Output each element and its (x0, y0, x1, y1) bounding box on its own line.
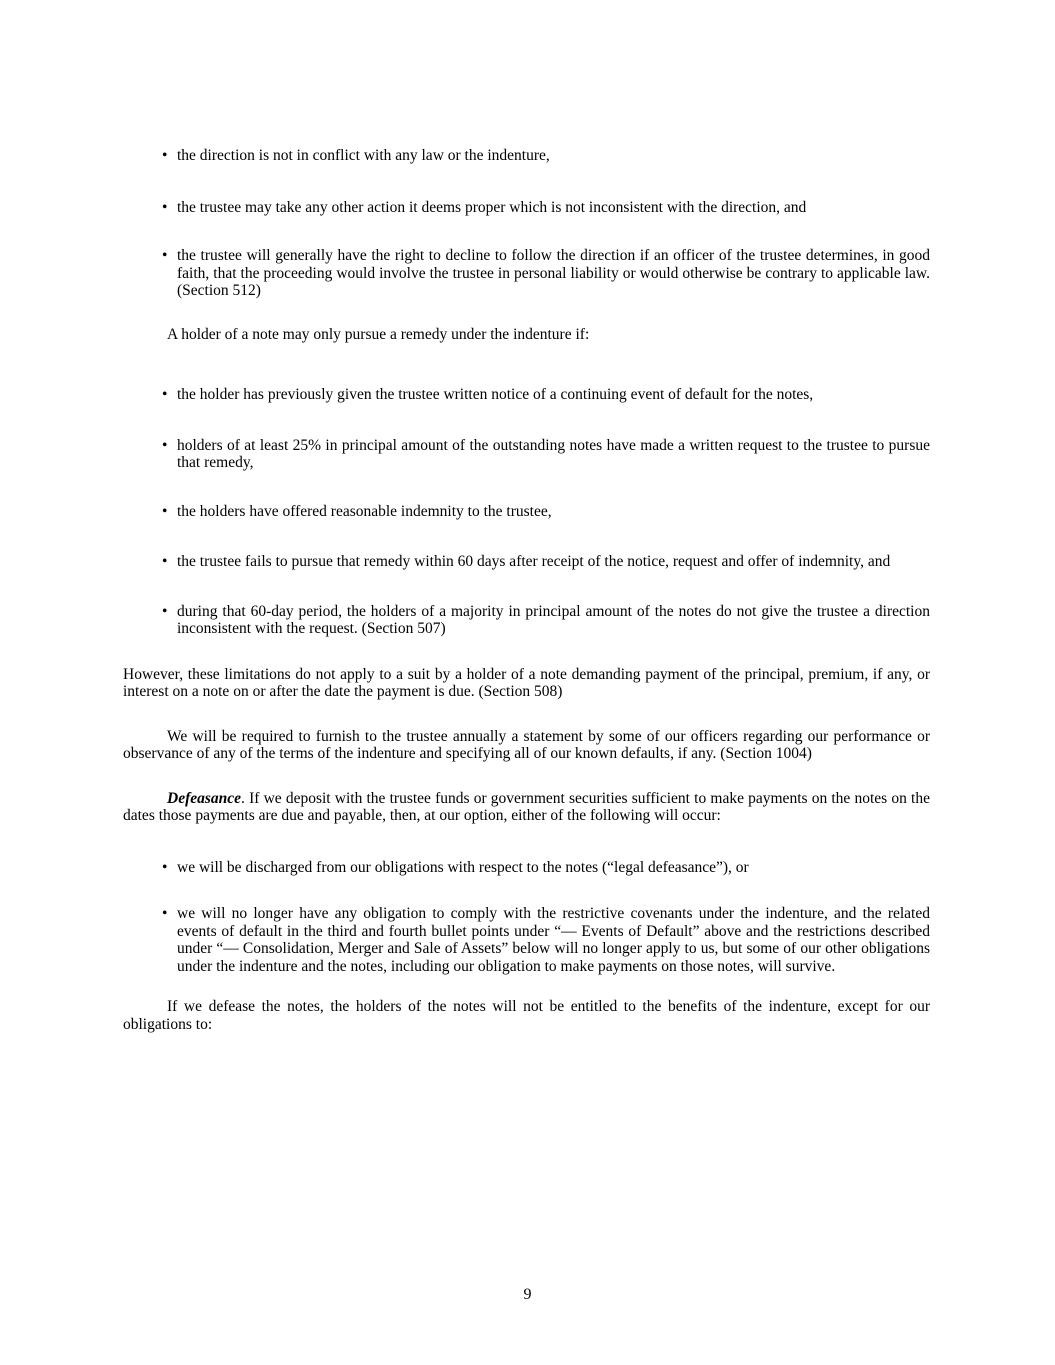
paragraph-defease-benefits: If we defease the notes, the holders of … (123, 998, 930, 1033)
bullet-icon: • (162, 503, 167, 521)
bullet-icon: • (162, 147, 167, 165)
bullet-text: holders of at least 25% in principal amo… (177, 437, 930, 472)
bullet-icon: • (162, 603, 167, 621)
defeasance-text: . If we deposit with the trustee funds o… (123, 790, 930, 825)
bullet-item: •the trustee fails to pursue that remedy… (123, 553, 930, 571)
bullet-text: the holders have offered reasonable inde… (177, 503, 552, 520)
defeasance-lead: Defeasance (167, 790, 241, 807)
paragraph-limitations: However, these limitations do not apply … (123, 666, 930, 701)
page-number: 9 (0, 1286, 1055, 1304)
bullet-icon: • (162, 437, 167, 455)
bullet-item: •we will no longer have any obligation t… (123, 905, 930, 975)
bullet-icon: • (162, 905, 167, 923)
bullet-text: during that 60-day period, the holders o… (177, 603, 930, 638)
bullet-item: •during that 60-day period, the holders … (123, 603, 930, 638)
bullet-icon: • (162, 553, 167, 571)
bullet-icon: • (162, 859, 167, 877)
bullet-item: •the direction is not in conflict with a… (123, 147, 930, 165)
bullet-icon: • (162, 247, 167, 265)
bullet-item: •the holder has previously given the tru… (123, 386, 930, 404)
bullet-text: the holder has previously given the trus… (177, 386, 813, 403)
bullet-item: •we will be discharged from our obligati… (123, 859, 930, 877)
bullet-icon: • (162, 199, 167, 217)
bullet-text: the direction is not in conflict with an… (177, 147, 550, 164)
bullet-item: •the holders have offered reasonable ind… (123, 503, 930, 521)
paragraph-defeasance: Defeasance. If we deposit with the trust… (123, 790, 930, 825)
bullet-text: the trustee may take any other action it… (177, 199, 806, 216)
bullet-text: we will be discharged from our obligatio… (177, 859, 749, 876)
bullet-item: •the trustee may take any other action i… (123, 199, 930, 217)
bullet-item: •the trustee will generally have the rig… (123, 247, 930, 300)
paragraph-holder-remedy: A holder of a note may only pursue a rem… (123, 326, 930, 344)
bullet-text: we will no longer have any obligation to… (177, 905, 930, 975)
page-content: •the direction is not in conflict with a… (123, 147, 930, 1033)
paragraph-annual-statement: We will be required to furnish to the tr… (123, 728, 930, 763)
bullet-text: the trustee fails to pursue that remedy … (177, 553, 890, 570)
bullet-icon: • (162, 386, 167, 404)
bullet-item: •holders of at least 25% in principal am… (123, 437, 930, 472)
document-page: •the direction is not in conflict with a… (0, 0, 1055, 1365)
bullet-text: the trustee will generally have the righ… (177, 247, 930, 299)
